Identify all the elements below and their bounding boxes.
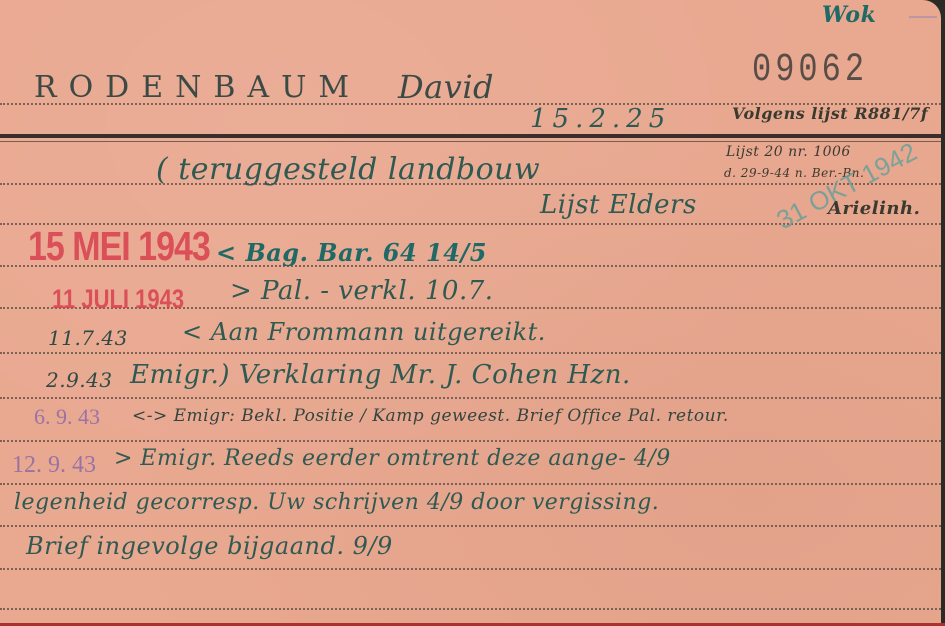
side-note-1: Volgens lijst R881/7f (732, 104, 928, 123)
side-note-2: Lijst 20 nr. 1006 (726, 144, 851, 160)
ruled-line (0, 568, 941, 570)
ruled-line (0, 525, 941, 527)
entry-text: > Pal. - verkl. 10.7. (230, 276, 494, 306)
header-rule-thin (0, 141, 941, 142)
ruled-line (0, 352, 941, 354)
corner-mark (909, 10, 937, 18)
entry-text: > Emigr. Reeds eerder omtrent deze aange… (114, 446, 671, 471)
given-name: David (398, 68, 494, 106)
ruled-line (0, 397, 941, 399)
entry-text: Emigr.) Verklaring Mr. J. Cohen Hzn. (130, 360, 631, 390)
date-stamp-purple: 6. 9. 43 (34, 404, 100, 430)
entry-text: Lijst Elders (540, 190, 697, 220)
birth-date: 15.2.25 (530, 104, 671, 134)
ruled-line (0, 483, 941, 485)
date-stamp-purple: 12. 9. 43 (12, 452, 96, 479)
entry-note: Arielinh. (828, 198, 920, 219)
entry-date: 11.7.43 (48, 326, 128, 350)
entry-text: legenheid gecorresp. Uw schrijven 4/9 do… (14, 490, 659, 515)
header-rule (0, 134, 941, 138)
entry-text: < Bag. Bar. 64 14/5 (216, 238, 487, 267)
card-number: 09062 (752, 46, 868, 92)
entry-text: <-> Emigr: Bekl. Positie / Kamp geweest.… (132, 406, 729, 426)
date-stamp-red: 11 JULI 1943 (52, 284, 184, 315)
date-stamp-red: 15 MEI 1943 (28, 224, 210, 271)
entry-text: Brief ingevolge bijgaand. 9/9 (26, 532, 393, 560)
ruled-line (0, 440, 941, 442)
surname: RODENBAUM (34, 70, 361, 105)
entry-text: < Aan Frommann uitgereikt. (182, 318, 546, 346)
ruled-line (0, 608, 941, 610)
entry-text: ( teruggesteld landbouw (156, 152, 540, 187)
entry-date: 2.9.43 (46, 368, 113, 392)
index-card: Wok 09062 RODENBAUM David 15.2.25 Volgen… (0, 0, 941, 624)
initials-mark: Wok (822, 2, 876, 28)
